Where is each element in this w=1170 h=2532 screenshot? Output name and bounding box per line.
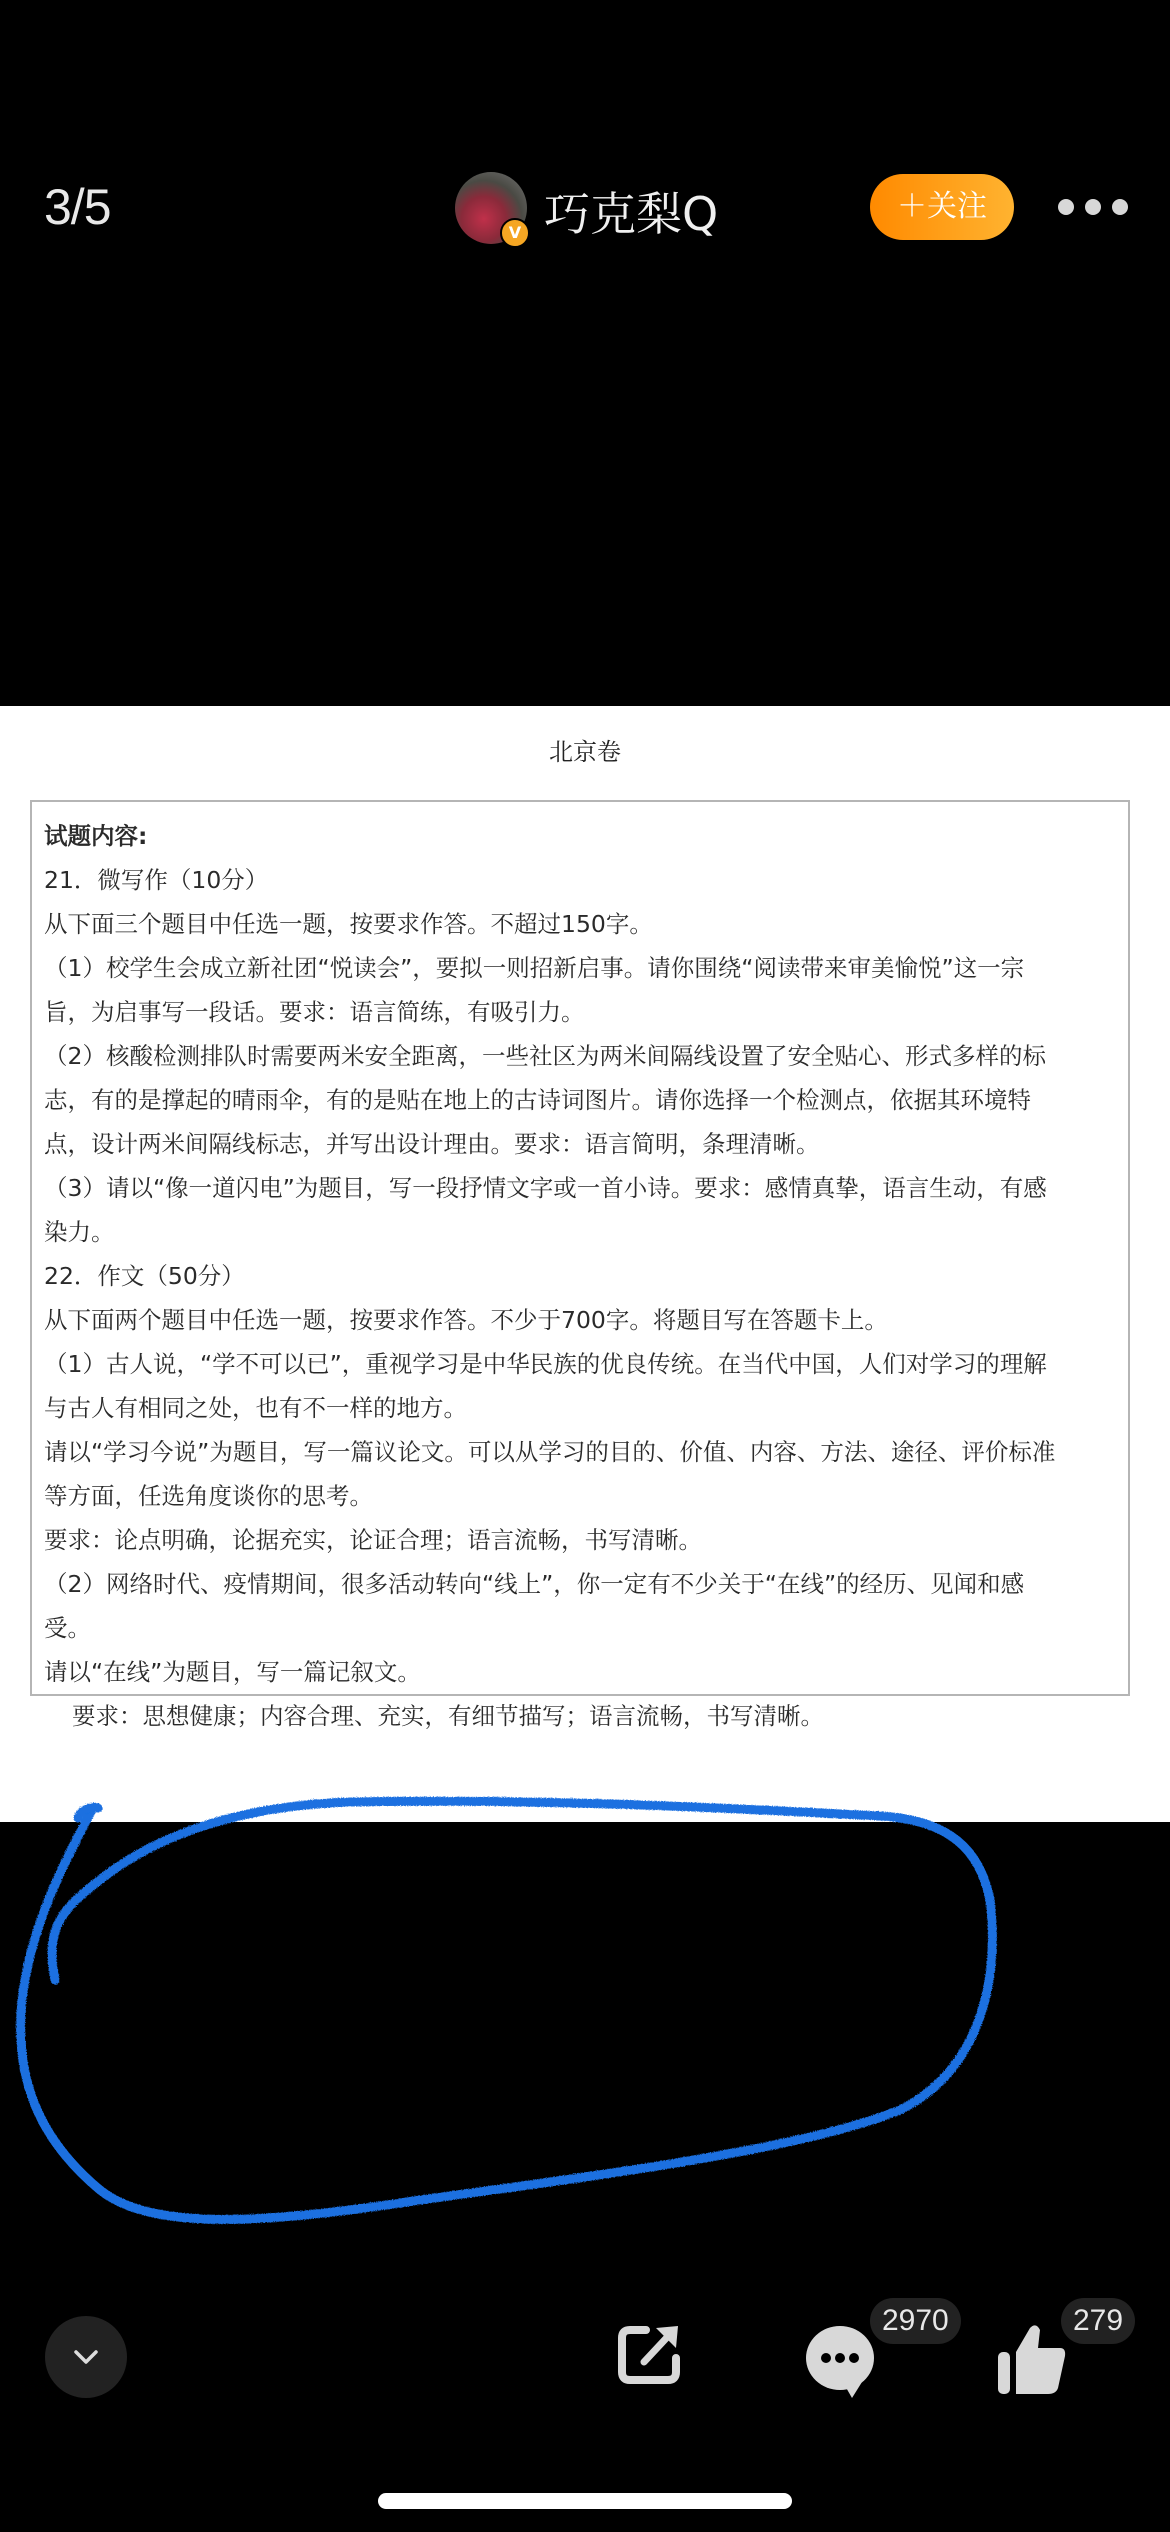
question-line: 与古人有相同之处，也有不一样的地方。 [44,1386,1118,1430]
question-line: 要求：论点明确，论据充实，论证合理；语言流畅，书写清晰。 [44,1518,1118,1562]
question-line: （2）核酸检测排队时需要两米安全距离，一些社区为两米间隔线设置了安全贴心、形式多… [44,1034,1118,1078]
more-icon[interactable] [1058,196,1128,218]
question-line: 22．作文（50分） [44,1254,1118,1298]
question-line: （1）古人说，“学不可以已”，重视学习是中华民族的优良传统。在当代中国，人们对学… [44,1342,1118,1386]
username[interactable]: 巧克梨Q [544,178,718,244]
chevron-down-icon [45,2316,127,2398]
question-line: （1）校学生会成立新社团“悦读会”，要拟一则招新启事。请你围绕“阅读带来审美愉悦… [44,946,1118,990]
hand-drawn-circle-annotation [0,1780,1170,2240]
exam-image: 北京卷 试题内容:21．微写作（10分）从下面三个题目中任选一题，按要求作答。不… [0,706,1170,1822]
verified-badge-icon: V [500,218,530,248]
page-counter: 3/5 [44,178,111,236]
question-line: （2）网络时代、疫情期间，很多活动转向“线上”，你一定有不少关于“在线”的经历、… [44,1562,1118,1606]
question-line: 受。 [44,1606,1118,1650]
document-title: 北京卷 [0,732,1170,767]
comment-count-badge: 2970 [870,2298,961,2344]
thumbs-up-icon [996,2322,1070,2396]
question-line: 染力。 [44,1210,1118,1254]
question-line: 请以“学习今说”为题目，写一篇议论文。可以从学习的目的、价值、内容、方法、途径、… [44,1430,1118,1474]
home-indicator[interactable] [378,2493,792,2509]
question-line: 请以“在线”为题目，写一篇记叙文。 [44,1650,1118,1694]
question-line: 从下面两个题目中任选一题，按要求作答。不少于700字。将题目写在答题卡上。 [44,1298,1118,1342]
question-line: 从下面三个题目中任选一题，按要求作答。不超过150字。 [44,902,1118,946]
question-line: 要求：思想健康；内容合理、充实，有细节描写；语言流畅，书写清晰。 [44,1694,1118,1738]
question-line: （3）请以“像一道闪电”为题目，写一段抒情文字或一首小诗。要求：感情真挚，语言生… [44,1166,1118,1210]
like-button[interactable] [996,2322,1070,2396]
like-count-badge: 279 [1061,2298,1135,2344]
share-icon [616,2322,688,2388]
question-line: 志，有的是撑起的晴雨伞，有的是贴在地上的古诗词图片。请你选择一个检测点，依据其环… [44,1078,1118,1122]
question-line: 21．微写作（10分） [44,858,1118,902]
question-line: 等方面，任选角度谈你的思考。 [44,1474,1118,1518]
comment-button[interactable] [804,2324,878,2398]
collapse-button[interactable] [45,2316,127,2398]
question-line: 点，设计两米间隔线标志，并写出设计理由。要求：语言简明，条理清晰。 [44,1122,1118,1166]
question-line: 试题内容: [44,814,1118,858]
comment-icon [804,2324,878,2398]
share-button[interactable] [616,2322,688,2388]
question-lines: 试题内容:21．微写作（10分）从下面三个题目中任选一题，按要求作答。不超过15… [44,814,1118,1738]
question-box: 试题内容:21．微写作（10分）从下面三个题目中任选一题，按要求作答。不超过15… [30,800,1130,1696]
question-line: 旨，为启事写一段话。要求：语言简练，有吸引力。 [44,990,1118,1034]
follow-button[interactable]: ＋关注 [870,174,1014,240]
